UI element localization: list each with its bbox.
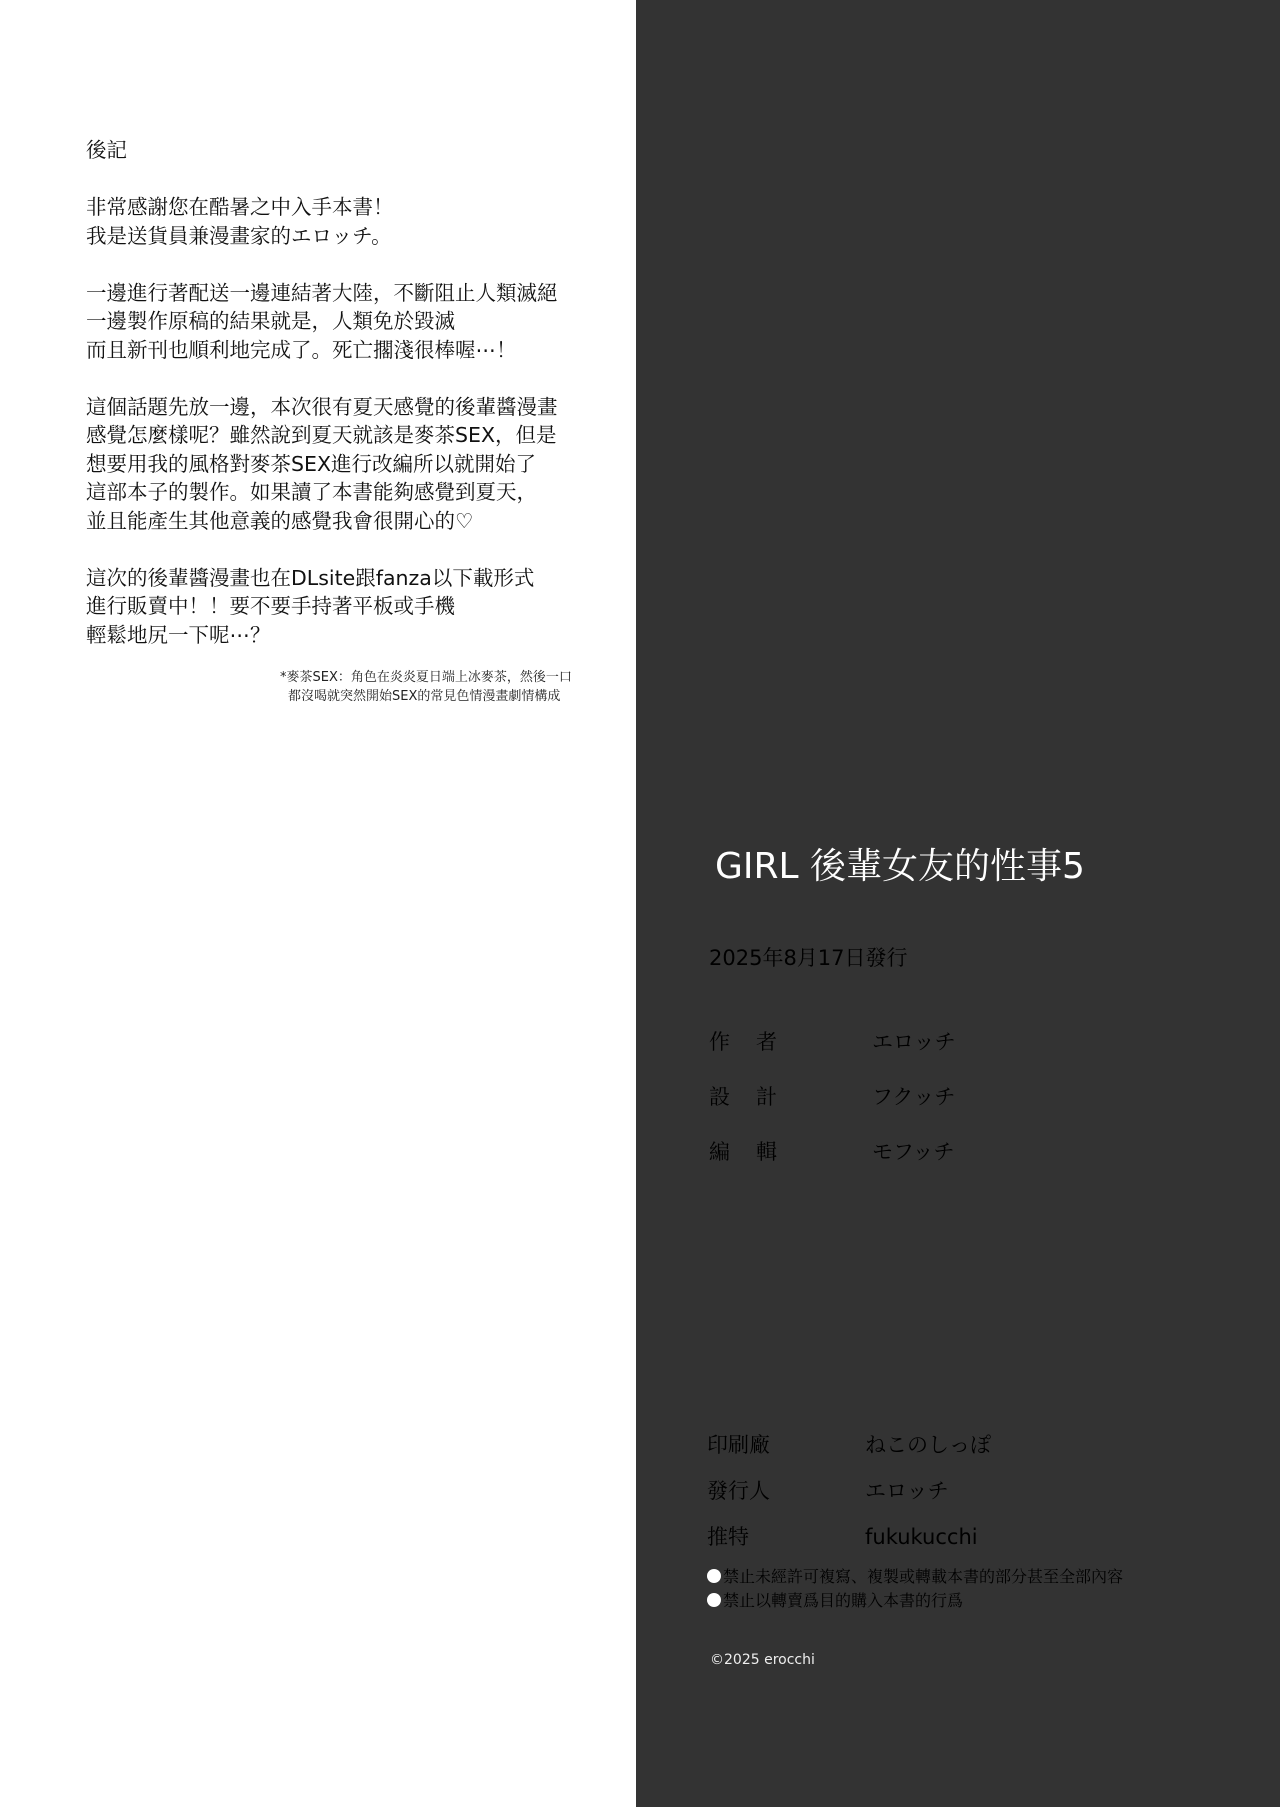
- text-line: 一邊進行著配送一邊連結著大陸，不斷阻止人類滅絕: [86, 279, 558, 308]
- credit-label: 設計: [709, 1083, 872, 1111]
- text-line: 而且新刊也順利地完成了。死亡擱淺很棒喔⋯！: [86, 336, 558, 365]
- text-line: 一邊製作原稿的結果就是，人類免於毀滅: [86, 307, 558, 336]
- publish-value: ねこのしっぽ: [865, 1430, 991, 1460]
- credit-author: 作者 エロッチ: [709, 1028, 956, 1056]
- publication-date: 2025年8月17日發行: [709, 944, 908, 972]
- afterword-paragraph-3: 這個話題先放一邊，本次很有夏天感覺的後輩醬漫畫 感覺怎麼樣呢？雖然說到夏天就該是…: [86, 393, 558, 536]
- afterword-text: 後記 非常感謝您在酷暑之中入手本書！ 我是送貨員兼漫畫家的エロッチ。 一邊進行著…: [86, 136, 558, 678]
- afterword-paragraph-4: 這次的後輩醬漫畫也在DLsite跟fanza以下載形式 進行販賣中！！要不要手持…: [86, 564, 558, 650]
- text-line: 進行販賣中！！要不要手持著平板或手機: [86, 592, 558, 621]
- notice-item: 禁止以轉賣爲目的購入本書的行爲: [707, 1589, 1123, 1613]
- text-line: 感覺怎麼樣呢？雖然說到夏天就該是麥茶SEX，但是: [86, 421, 558, 450]
- notice-item: 禁止未經許可複寫、複製或轉載本書的部分甚至全部內容: [707, 1565, 1123, 1589]
- afterword-paragraph-2: 一邊進行著配送一邊連結著大陸，不斷阻止人類滅絕 一邊製作原稿的結果就是，人類免於…: [86, 279, 558, 365]
- bullet-icon: [707, 1593, 721, 1607]
- copyright: ©2025 erocchi: [710, 1650, 815, 1670]
- publish-label: 印刷廠: [707, 1430, 865, 1460]
- notices: 禁止未經許可複寫、複製或轉載本書的部分甚至全部內容 禁止以轉賣爲目的購入本書的行…: [707, 1565, 1123, 1613]
- publish-value: エロッチ: [865, 1476, 949, 1506]
- publish-printer: 印刷廠 ねこのしっぽ: [707, 1430, 991, 1460]
- publish-value: fukukucchi: [865, 1522, 978, 1552]
- credit-label: 編輯: [709, 1138, 872, 1166]
- credit-value: モフッチ: [872, 1138, 955, 1166]
- afterword-heading: 後記: [86, 136, 558, 165]
- footnote: *麥茶SEX：角色在炎炎夏日端上冰麥茶，然後一口 都沒喝就突然開始SEX的常見色…: [280, 668, 572, 706]
- text-line: 並且能產生其他意義的感覺我會很開心的♡: [86, 507, 558, 536]
- publish-publisher: 發行人 エロッチ: [707, 1476, 991, 1506]
- text-line: 這個話題先放一邊，本次很有夏天感覺的後輩醬漫畫: [86, 393, 558, 422]
- bullet-icon: [707, 1569, 721, 1583]
- publish-label: 發行人: [707, 1476, 865, 1506]
- credit-value: フクッチ: [872, 1083, 955, 1111]
- footnote-line: *麥茶SEX：角色在炎炎夏日端上冰麥茶，然後一口: [280, 668, 572, 687]
- text-line: 這次的後輩醬漫畫也在DLsite跟fanza以下載形式: [86, 564, 558, 593]
- text-line: 非常感謝您在酷暑之中入手本書！: [86, 193, 558, 222]
- book-title: GIRL 後輩女友的性事5: [715, 845, 1085, 889]
- publish-info: 印刷廠 ねこのしっぽ 發行人 エロッチ 推特 fukukucchi: [707, 1430, 991, 1568]
- credit-label: 作者: [709, 1028, 872, 1056]
- publish-twitter: 推特 fukukucchi: [707, 1522, 991, 1552]
- credits-list: 作者 エロッチ 設計 フクッチ 編輯 モフッチ: [709, 1028, 956, 1193]
- text-line: 這部本子的製作。如果讀了本書能夠感覺到夏天，: [86, 478, 558, 507]
- afterword-page: 後記 非常感謝您在酷暑之中入手本書！ 我是送貨員兼漫畫家的エロッチ。 一邊進行著…: [0, 0, 636, 1807]
- text-line: 我是送貨員兼漫畫家的エロッチ。: [86, 222, 558, 251]
- publish-label: 推特: [707, 1522, 865, 1552]
- text-line: 輕鬆地尻一下呢⋯？: [86, 621, 558, 650]
- afterword-paragraph-1: 非常感謝您在酷暑之中入手本書！ 我是送貨員兼漫畫家的エロッチ。: [86, 193, 558, 250]
- text-line: 想要用我的風格對麥茶SEX進行改編所以就開始了: [86, 450, 558, 479]
- credit-design: 設計 フクッチ: [709, 1083, 956, 1111]
- credit-editor: 編輯 モフッチ: [709, 1138, 956, 1166]
- footnote-line: 都沒喝就突然開始SEX的常見色情漫畫劇情構成: [280, 687, 572, 706]
- credit-value: エロッチ: [872, 1028, 956, 1056]
